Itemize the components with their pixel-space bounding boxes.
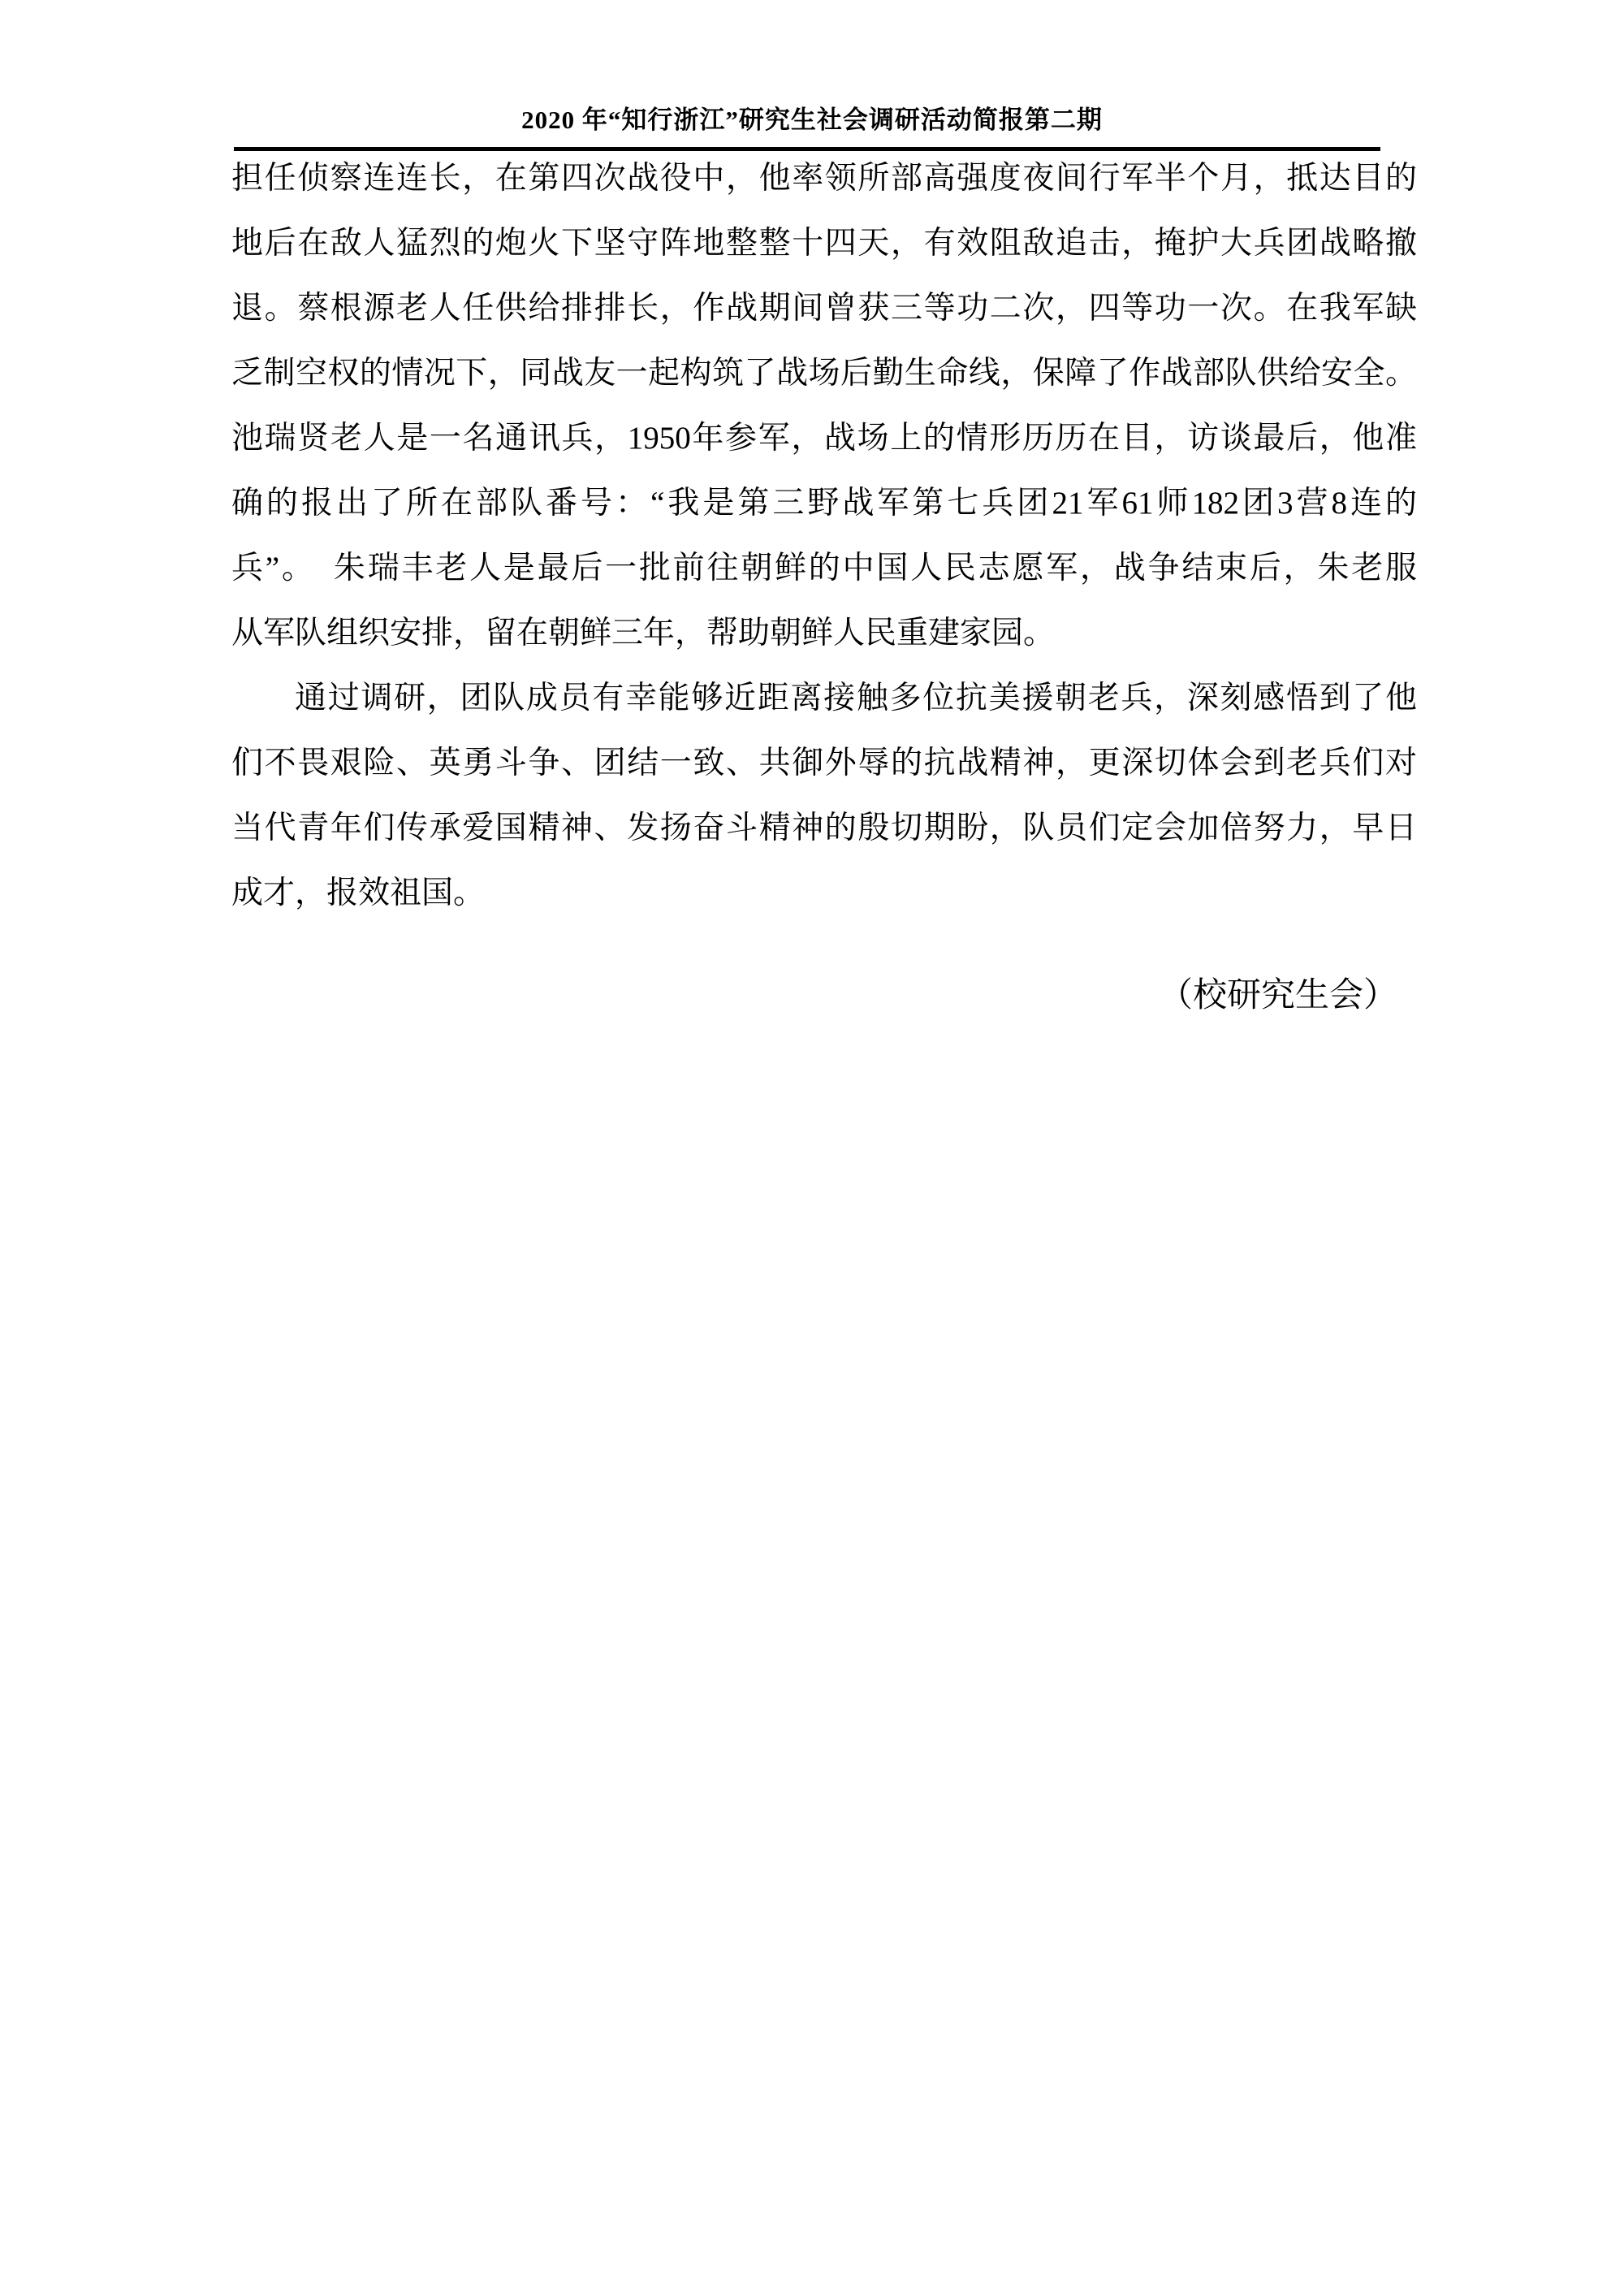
- body-line: 成才，报效祖国。: [231, 861, 1417, 926]
- body-line: 兵”。 朱瑞丰老人是最后一批前往朝鲜的中国人民志愿军，战争结束后，朱老服: [231, 536, 1417, 601]
- body-line: 们不畏艰险、英勇斗争、团结一致、共御外辱的抗战精神，更深切体会到老兵们对: [231, 731, 1417, 796]
- signature: （校研究生会）: [231, 963, 1417, 1028]
- page-header: 2020 年“知行浙江”研究生社会调研活动简报第二期: [0, 102, 1624, 138]
- body-paragraphs: 担任侦察连连长，在第四次战役中，他率领所部高强度夜间行军半个月，抵达目的 地后在…: [231, 146, 1417, 926]
- body-line: 乏制空权的情况下，同战友一起构筑了战场后勤生命线，保障了作战部队供给安全。: [231, 341, 1417, 406]
- body-line: 地后在敌人猛烈的炮火下坚守阵地整整十四天，有效阻敌追击，掩护大兵团战略撤: [231, 211, 1417, 276]
- body-line: 从军队组织安排，留在朝鲜三年，帮助朝鲜人民重建家园。: [231, 601, 1417, 666]
- body-line: 确的报出了所在部队番号：“我是第三野战军第七兵团21军61师182团3营8连的: [231, 471, 1417, 536]
- body-line: 当代青年们传承爱国精神、发扬奋斗精神的殷切期盼，队员们定会加倍努力，早日: [231, 796, 1417, 861]
- body-line: 退。蔡根源老人任供给排排长，作战期间曾获三等功二次，四等功一次。在我军缺: [231, 276, 1417, 341]
- page-header-title: 2020 年“知行浙江”研究生社会调研活动简报第二期: [521, 106, 1103, 134]
- body-line: 通过调研，团队成员有幸能够近距离接触多位抗美援朝老兵，深刻感悟到了他: [231, 666, 1417, 731]
- body-line: 担任侦察连连长，在第四次战役中，他率领所部高强度夜间行军半个月，抵达目的: [231, 146, 1417, 211]
- body-line: 池瑞贤老人是一名通讯兵，1950年参军，战场上的情形历历在目，访谈最后，他准: [231, 406, 1417, 471]
- document-page: 2020 年“知行浙江”研究生社会调研活动简报第二期 担任侦察连连长，在第四次战…: [0, 0, 1624, 2296]
